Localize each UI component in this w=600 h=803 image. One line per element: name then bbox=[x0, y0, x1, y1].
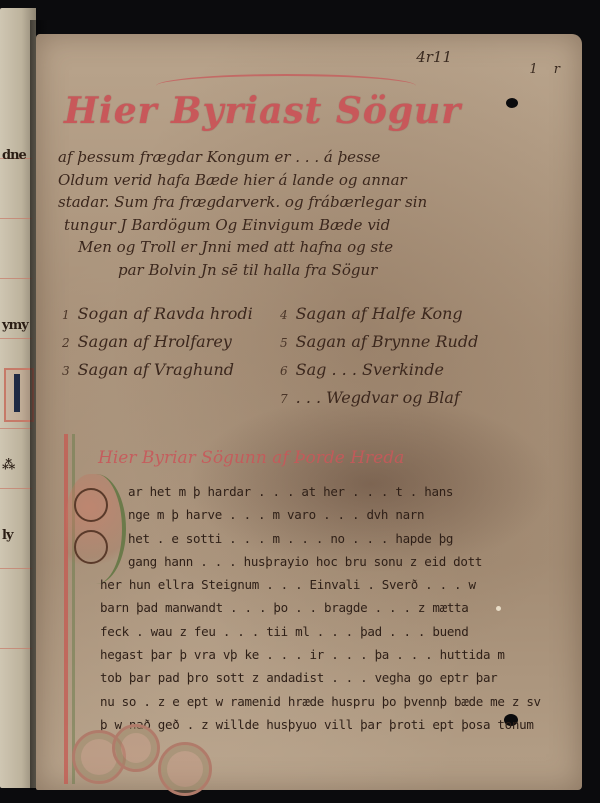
intro-line: tungur J Bardögum Og Einvigum Bæde vid bbox=[58, 214, 558, 237]
manuscript-page: 4r11 1 r Hier Byriast Sögur af þessum fr… bbox=[36, 34, 582, 790]
text-line: feck . wau z feu . . . tii ml . . . þad … bbox=[100, 620, 558, 643]
decorated-initial bbox=[66, 474, 126, 584]
toc-item: 3Sagan af Vraghund bbox=[62, 360, 234, 379]
page-title: Hier Byriast Sögur bbox=[64, 90, 534, 132]
decorative-border bbox=[64, 434, 68, 784]
toc-item: 1Sogan af Ravda hrodi bbox=[62, 304, 253, 323]
text-line: gang hann . . . husþrayio hoc bru sonu z… bbox=[128, 550, 558, 573]
toc-item: 2Sagan af Hrolfarey bbox=[62, 332, 232, 351]
toc-item: 6Sag . . . Sverkinde bbox=[280, 360, 444, 379]
intro-line: par Bolvin Jn sē til halla fra Sögur bbox=[58, 259, 558, 282]
text-line: hegast þar þ vra vþ ke . . . ir . . . þa… bbox=[100, 643, 558, 666]
toc-item: 5Sagan af Brynne Rudd bbox=[280, 332, 478, 351]
toc-item: 4Sagan af Halfe Kong bbox=[280, 304, 463, 323]
intro-line: Oldum verid hafa Bæde hier á lande og an… bbox=[58, 169, 558, 192]
text-line: tob þar pad þro sott z andadist . . . ve… bbox=[100, 666, 558, 689]
folio-number: 4r11 bbox=[416, 48, 452, 66]
saga-text: ar het m þ hardar . . . at her . . . t .… bbox=[128, 480, 558, 736]
text-line: her hun ellra Steignum . . . Einvali . S… bbox=[100, 573, 558, 596]
text-line: nge m þ harve . . . m varo . . . dvh nar… bbox=[128, 503, 558, 526]
text-line: het . e sotti . . . m . . . no . . . hap… bbox=[128, 527, 558, 550]
toc-item: 7. . . Wegdvar og Blaf bbox=[280, 388, 460, 407]
intro-line: af þessum frægdar Kongum er . . . á þess… bbox=[58, 146, 558, 169]
text-line: ar het m þ hardar . . . at her . . . t .… bbox=[128, 480, 558, 503]
corner-note: 1 r bbox=[529, 62, 566, 77]
intro-line: Men og Troll er Jnni med att hafna og st… bbox=[58, 236, 558, 259]
text-line: nu so . z e ept w ramenid hræde huspru þ… bbox=[100, 690, 558, 713]
text-line: barn þad manwandt . . . þo . . bragde . … bbox=[100, 596, 558, 619]
intro-line: stadar. Sum fra frægdarverk. og frábærle… bbox=[58, 191, 558, 214]
intro-paragraph: af þessum frægdar Kongum er . . . á þess… bbox=[58, 146, 558, 281]
section-heading: Hier Byriar Sögunn af Þorde Hreda bbox=[98, 448, 404, 468]
scroll-ornament bbox=[72, 724, 222, 790]
